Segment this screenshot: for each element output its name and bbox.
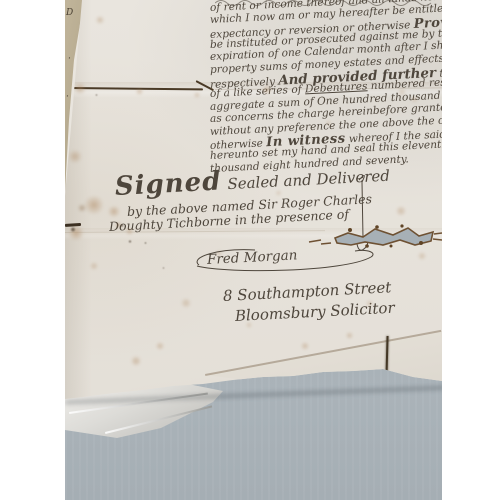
foxing-stain bbox=[180, 298, 192, 308]
foxing-stain bbox=[395, 206, 407, 216]
foxing-stain bbox=[162, 267, 165, 269]
side-page-mark: · bbox=[66, 92, 69, 102]
script-segment: Signed bbox=[114, 166, 222, 202]
foxing-stain bbox=[300, 342, 310, 350]
tear-edge-mark bbox=[65, 223, 81, 227]
foxing-stain bbox=[77, 204, 87, 212]
tear-hole bbox=[303, 220, 442, 256]
foxing-stain bbox=[128, 240, 132, 243]
foxing-stain bbox=[130, 356, 142, 366]
foxing-stain bbox=[107, 206, 121, 217]
side-page-mark: D bbox=[66, 8, 73, 18]
foxing-stain bbox=[67, 150, 83, 163]
foxing-stain bbox=[144, 242, 147, 244]
foxing-stain bbox=[95, 16, 105, 24]
foxing-stain bbox=[345, 332, 354, 339]
foxing-stain bbox=[89, 262, 99, 270]
foxing-stain bbox=[83, 196, 105, 214]
side-page-mark: · bbox=[68, 54, 71, 64]
foxing-stain bbox=[155, 342, 165, 350]
document-photo: D·· of rent or income thereof and all la… bbox=[65, 0, 442, 500]
cut-off-script-line bbox=[215, 0, 442, 6]
page: D·· of rent or income thereof and all la… bbox=[0, 0, 500, 500]
